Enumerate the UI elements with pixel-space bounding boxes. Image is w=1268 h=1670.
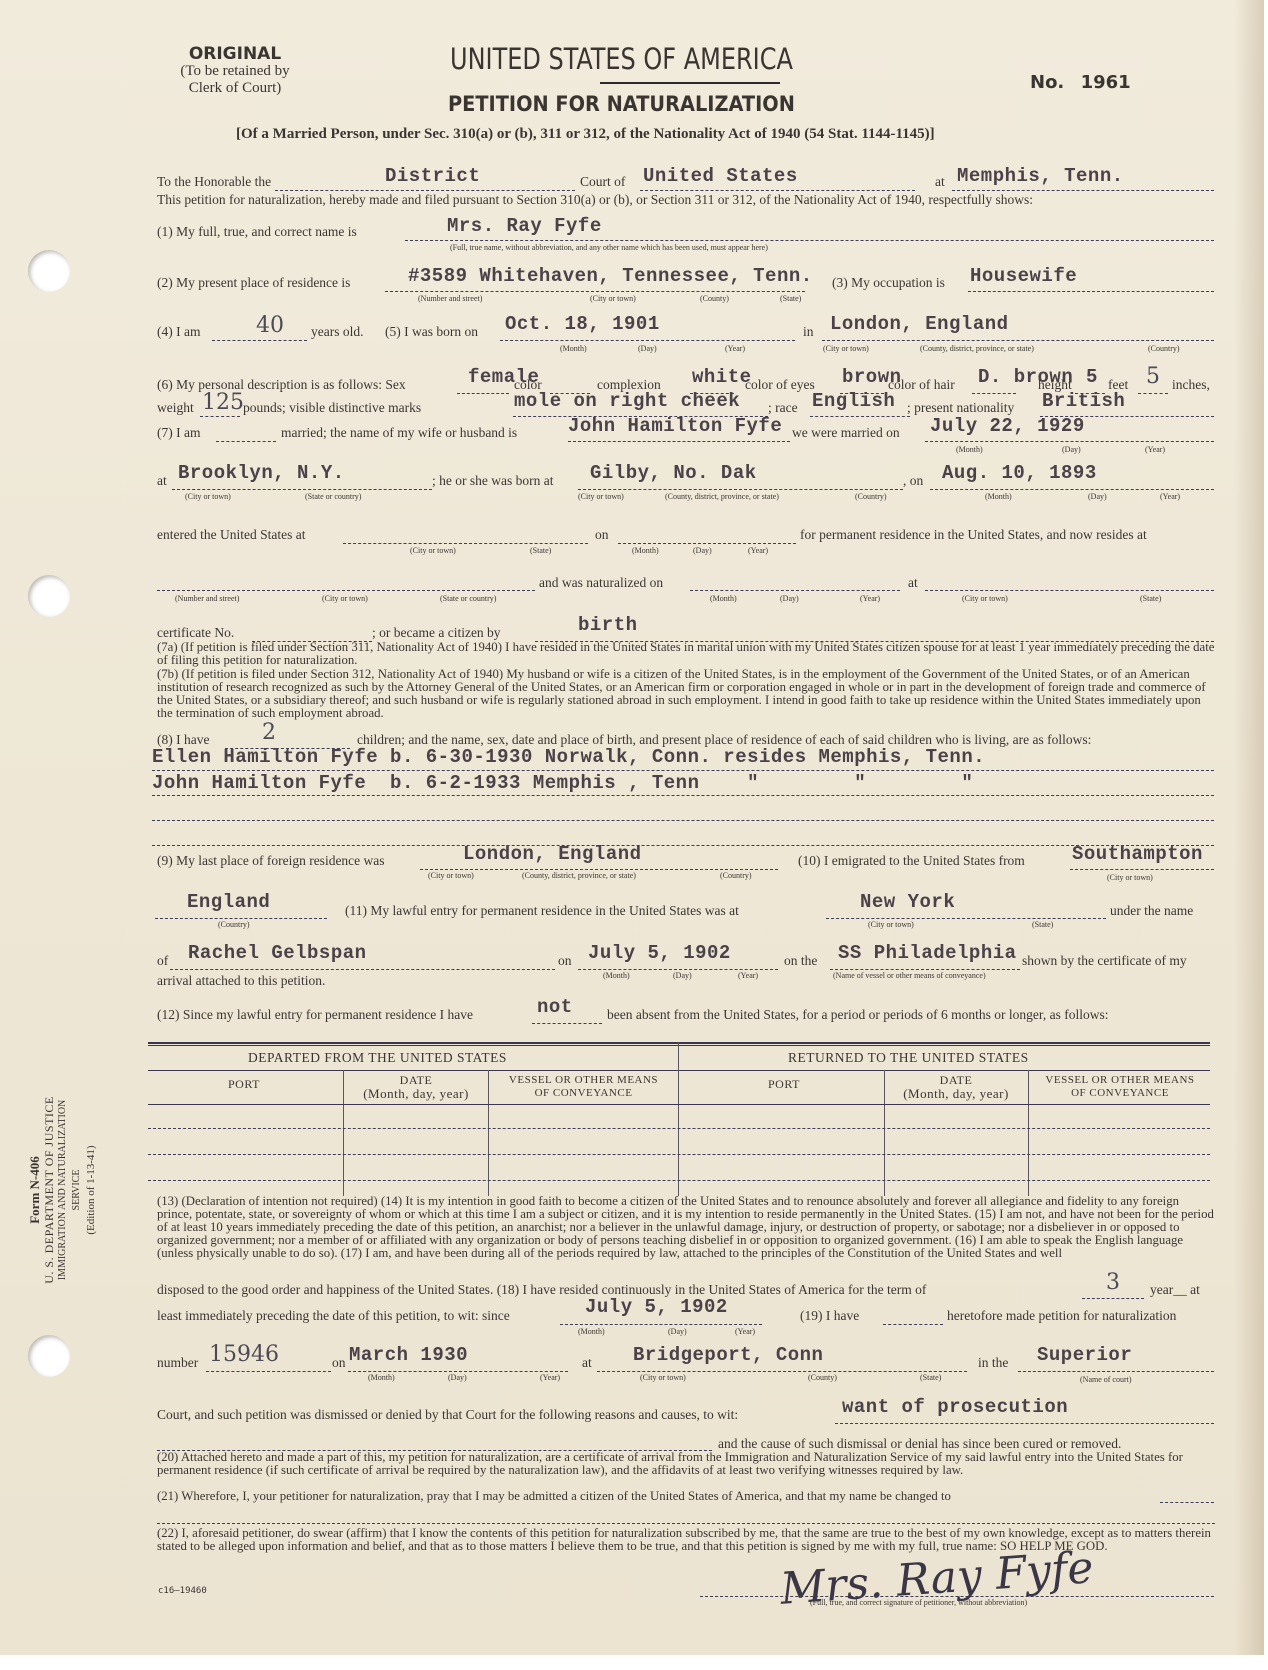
- departed-header: DEPARTED FROM THE UNITED STATES: [248, 1051, 507, 1064]
- absent-line: [532, 1023, 602, 1024]
- years-suffix: year__ at: [1150, 1282, 1200, 1298]
- header-rule: [148, 1070, 1210, 1071]
- weight-label: weight: [157, 400, 194, 416]
- court-of-line: [640, 190, 915, 191]
- caption-year: (Year): [1145, 445, 1165, 454]
- court-name-caption: (Name of court): [1080, 1375, 1132, 1384]
- original-stamp: ORIGINAL (To be retained by Clerk of Cou…: [150, 46, 320, 97]
- entry-place-line: [826, 918, 1106, 919]
- since-date-field[interactable]: July 5, 1902: [585, 1296, 728, 1318]
- previous-petition-place-field[interactable]: Bridgeport, Conn: [633, 1344, 823, 1366]
- birth-place-field[interactable]: London, England: [830, 313, 1009, 335]
- department-name: U. S. DEPARTMENT OF JUSTICE: [42, 1090, 56, 1290]
- caption-month: (Month): [632, 546, 659, 555]
- spouse-birthdate-line: [930, 489, 1214, 490]
- table-row[interactable]: [148, 1154, 1210, 1155]
- entry-on-label: on: [558, 953, 572, 969]
- signature-line: [700, 1596, 1214, 1597]
- item1-label: (1) My full, true, and correct name is: [157, 224, 357, 240]
- birth-place-line: [822, 340, 1214, 341]
- caption-county: (County): [808, 1373, 837, 1382]
- caption-city: (City or town): [322, 594, 368, 603]
- caption-year: (Year): [725, 344, 745, 353]
- previous-court-field[interactable]: Superior: [1037, 1344, 1132, 1366]
- child-entry[interactable]: John Hamilton Fyfe b. 6-2-1933 Memphis ,…: [152, 772, 973, 794]
- entry-city-field[interactable]: New York: [860, 891, 955, 913]
- permanent-residence-label: for permanent residence in the United St…: [800, 527, 1147, 543]
- form-title: PETITION FOR NATURALIZATION: [448, 92, 795, 116]
- col-vessel: VESSEL OR OTHER MEANS OF CONVEYANCE: [1030, 1074, 1210, 1100]
- col-port: PORT: [228, 1078, 260, 1091]
- dismissal-reason-line: [835, 1423, 1214, 1424]
- previous-petition-number-field[interactable]: 15946: [209, 1342, 279, 1367]
- col-date-bottom: (Month, day, year): [886, 1087, 1026, 1100]
- form-side-label: Form N-406 U. S. DEPARTMENT OF JUSTICE I…: [28, 1090, 118, 1290]
- hair-line: [972, 393, 1016, 394]
- caption-month: (Month): [985, 492, 1012, 501]
- vessel-caption: (Name of vessel or other means of convey…: [833, 971, 986, 980]
- caption-month: (Month): [710, 594, 737, 603]
- caption-year: (Year): [540, 1373, 560, 1382]
- col-vessel-bottom: OF CONVEYANCE: [1030, 1087, 1210, 1100]
- residence-years-line: [1082, 1298, 1144, 1299]
- caption-country: (Country): [1148, 344, 1180, 353]
- entry-name-field[interactable]: Rachel Gelbspan: [188, 942, 367, 964]
- occupation-line: [968, 291, 1214, 292]
- print-code: c16—19460: [158, 1586, 207, 1596]
- citizen-by-field[interactable]: birth: [578, 614, 638, 636]
- col-date-bottom: (Month, day, year): [346, 1087, 486, 1100]
- child-line-3: [152, 820, 1214, 821]
- complexion-field[interactable]: white: [692, 366, 752, 388]
- foreign-residence-field[interactable]: London, England: [463, 843, 642, 865]
- signature-caption: (Full, true, and correct signature of pe…: [810, 1598, 1027, 1607]
- birth-date-field[interactable]: Oct. 18, 1901: [505, 313, 660, 335]
- spouse-name-label: married; the name of my wife or husband …: [281, 425, 517, 441]
- caption-city: (City or town): [185, 492, 231, 501]
- col-port: PORT: [768, 1078, 800, 1091]
- punch-hole: [28, 250, 70, 292]
- age-line: [212, 340, 307, 341]
- birth-date-line: [500, 340, 795, 341]
- naturalized-at-label: at: [908, 575, 918, 591]
- name-change-line: [1160, 1502, 1214, 1503]
- residence-line: [385, 291, 805, 292]
- item20-text: (20) Attached hereto and made a part of …: [157, 1451, 1215, 1477]
- petition-number: No. 1961: [1030, 72, 1131, 93]
- on-the-label: on the: [784, 953, 817, 969]
- table-top-rule: [148, 1042, 1210, 1044]
- col-date: DATE (Month, day, year): [346, 1074, 486, 1100]
- spouse-born-label: ; he or she was born at: [432, 473, 553, 489]
- petition-date-line: [348, 1371, 568, 1372]
- petition-number-label: number: [157, 1355, 198, 1371]
- col-vessel-top: VESSEL OR OTHER MEANS: [491, 1074, 676, 1087]
- court-name-line: [1018, 1371, 1214, 1372]
- vessel-field[interactable]: SS Philadelphia: [838, 942, 1017, 964]
- previous-petition-text: heretofore made petition for naturalizat…: [947, 1308, 1176, 1324]
- marriage-place-field[interactable]: Brooklyn, N.Y.: [178, 462, 345, 484]
- returned-header: RETURNED TO THE UNITED STATES: [788, 1051, 1029, 1064]
- spouse-name-field[interactable]: John Hamilton Fyfe: [568, 415, 782, 437]
- country-title: UNITED STATES OF AMERICA: [450, 42, 793, 76]
- table-divider: [678, 1042, 679, 1196]
- spouse-name-line: [568, 441, 790, 442]
- full-name-field[interactable]: Mrs. Ray Fyfe: [447, 215, 602, 237]
- full-name-caption: (Full, true name, without abbreviation, …: [450, 243, 768, 252]
- foreign-residence-line: [420, 869, 778, 870]
- under-name-label: under the name: [1110, 903, 1193, 919]
- item18-text: disposed to the good order and happiness…: [157, 1282, 926, 1298]
- item11-label: (11) My lawful entry for permanent resid…: [345, 903, 739, 919]
- height-feet-field[interactable]: 5: [1086, 366, 1098, 388]
- entered-date-line: [618, 543, 796, 544]
- caption-state-country: (State or country): [440, 594, 496, 603]
- caption-state-country: (State or country): [305, 492, 361, 501]
- absence-description: been absent from the United States, for …: [607, 1007, 1108, 1023]
- item7b-text: (7b) (If petition is filed under Section…: [157, 668, 1215, 720]
- court-type-field[interactable]: District: [385, 165, 480, 187]
- form-number: Form N-406: [28, 1090, 42, 1290]
- entry-date-field[interactable]: July 5, 1902: [588, 942, 731, 964]
- inches-label: inches,: [1172, 377, 1210, 393]
- distinctive-marks-field[interactable]: mole on right cheek: [514, 390, 740, 412]
- marriage-place-line: [172, 489, 432, 490]
- previous-petition-date-field[interactable]: March 1930: [349, 1344, 468, 1366]
- caption-county: (County): [700, 294, 729, 303]
- years-old-label: years old.: [311, 324, 363, 340]
- height-inches-line: [1138, 393, 1168, 394]
- service-name: IMMIGRATION AND NATURALIZATION SERVICE: [56, 1090, 84, 1290]
- caption-month: (Month): [368, 1373, 395, 1382]
- court-location-line: [952, 190, 1214, 191]
- height-inches-field[interactable]: 5: [1146, 364, 1160, 389]
- spouse-birthplace-field[interactable]: Gilby, No. Dak: [590, 462, 757, 484]
- caption-month: (Month): [603, 971, 630, 980]
- caption-year: (Year): [738, 971, 758, 980]
- caption-state: (State): [780, 294, 801, 303]
- form-edition: (Edition of 1-13-41): [84, 1090, 98, 1290]
- age-field[interactable]: 40: [256, 313, 284, 338]
- sex-line: [457, 393, 509, 394]
- caption-city: (City or town): [578, 492, 624, 501]
- emigrated-country-line: [155, 918, 327, 919]
- court-of-label: Court of: [580, 174, 625, 190]
- caption-day: (Day): [638, 344, 657, 353]
- items-13-17-text: (13) (Declaration of intention not requi…: [157, 1195, 1215, 1260]
- caption-month: (Month): [956, 445, 983, 454]
- naturalized-place-line: [925, 590, 1214, 591]
- col-divider: [343, 1070, 344, 1196]
- spouse-birthdate-field[interactable]: Aug. 10, 1893: [942, 462, 1097, 484]
- number-value: 1961: [1081, 72, 1131, 93]
- petition-place-line: [597, 1371, 967, 1372]
- born-in-label: in: [803, 324, 814, 340]
- emigrated-from-line: [1070, 869, 1214, 870]
- caption-day: (Day): [1088, 492, 1107, 501]
- item21-text: (21) Wherefore, I, your petitioner for n…: [157, 1490, 1157, 1503]
- caption-state: (State): [920, 1373, 941, 1382]
- caption-year: (Year): [1160, 492, 1180, 501]
- marriage-date-field[interactable]: July 22, 1929: [930, 415, 1085, 437]
- entry-date-line: [578, 969, 778, 970]
- caption-city: (City or town): [428, 871, 474, 880]
- absent-field[interactable]: not: [537, 996, 573, 1018]
- col-vessel: VESSEL OR OTHER MEANS OF CONVEYANCE: [491, 1074, 676, 1100]
- child-line-1: [152, 770, 1214, 771]
- table-row[interactable]: [148, 1128, 1210, 1129]
- header-bottom-rule: [148, 1104, 1210, 1105]
- caption-city: (City or town): [868, 920, 914, 929]
- weight-line: [200, 416, 240, 417]
- hair-label: color of hair: [888, 377, 955, 393]
- entered-label: entered the United States at: [157, 527, 305, 543]
- original-label: ORIGINAL: [150, 46, 320, 63]
- item19-label: (19) I have: [800, 1308, 859, 1324]
- entered-place-line: [343, 543, 588, 544]
- race-label: ; race: [768, 400, 798, 416]
- caption-number-street: (Number and street): [175, 594, 239, 603]
- dismissed-label: Court, and such petition was dismissed o…: [157, 1407, 738, 1423]
- name-change-line-2: [157, 1523, 1215, 1524]
- naturalization-petition-document: ORIGINAL (To be retained by Clerk of Cou…: [0, 0, 1264, 1655]
- punch-hole: [28, 1335, 70, 1377]
- child-entry[interactable]: Ellen Hamilton Fyfe b. 6-30-1930 Norwalk…: [152, 746, 985, 768]
- caption-day: (Day): [673, 971, 692, 980]
- to-honorable-label: To the Honorable the: [157, 174, 271, 190]
- caption-day: (Day): [668, 1327, 687, 1336]
- caption-city: (City or town): [1107, 873, 1153, 882]
- col-date: DATE (Month, day, year): [886, 1074, 1026, 1100]
- spouse-birthplace-line: [578, 489, 903, 490]
- caption-day: (Day): [448, 1373, 467, 1382]
- emigrated-from-field[interactable]: Southampton: [1072, 843, 1203, 865]
- caption-month: (Month): [578, 1327, 605, 1336]
- married-at-label: at: [157, 473, 167, 489]
- petition-on-label: on: [332, 1355, 346, 1371]
- dismissal-reason-field[interactable]: want of prosecution: [842, 1396, 1068, 1418]
- court-location-field[interactable]: Memphis, Tenn.: [957, 165, 1124, 187]
- punch-hole: [28, 575, 70, 617]
- children-count-field[interactable]: 2: [262, 720, 276, 745]
- table-row[interactable]: [148, 1180, 1210, 1181]
- caption-county-district: (County, district, province, or state): [920, 344, 1034, 353]
- entry-name-line: [170, 969, 555, 970]
- child-line-2: [152, 795, 1214, 796]
- caption-county-district: (County, district, province, or state): [522, 871, 636, 880]
- occupation-label: (3) My occupation is: [832, 275, 945, 291]
- caption-number-street: (Number and street): [418, 294, 482, 303]
- col-divider: [884, 1070, 885, 1196]
- caption-city: (City or town): [640, 1373, 686, 1382]
- caption-state: (State): [530, 546, 551, 555]
- caption-day: (Day): [1062, 445, 1081, 454]
- col-divider: [488, 1070, 489, 1196]
- court-of-field[interactable]: United States: [643, 165, 798, 187]
- item7a-text: (7a) (If petition is filed under Section…: [157, 641, 1215, 667]
- emigrated-country-field[interactable]: England: [187, 891, 270, 913]
- caption-year: (Year): [748, 546, 768, 555]
- number-label: No.: [1030, 72, 1064, 93]
- nationality-field[interactable]: British: [1042, 390, 1125, 412]
- court-type-line: [275, 190, 575, 191]
- vessel-line: [830, 969, 1020, 970]
- naturalized-date-line: [690, 590, 900, 591]
- full-name-line: [405, 240, 1214, 241]
- caption-city: (City or town): [823, 344, 869, 353]
- court-at-label: at: [935, 174, 945, 190]
- caption-state: (State): [1032, 920, 1053, 929]
- intro-text: This petition for naturalization, hereby…: [157, 192, 1033, 208]
- in-the-label: in the: [978, 1355, 1008, 1371]
- caption-city: (City or town): [590, 294, 636, 303]
- item4-label: (4) I am: [157, 324, 200, 340]
- col-divider: [1028, 1070, 1029, 1196]
- col-vessel-bottom: OF CONVEYANCE: [491, 1087, 676, 1100]
- entered-on-label: on: [595, 527, 609, 543]
- emigrated-from-label: (10) I emigrated to the United States fr…: [798, 853, 1025, 869]
- naturalized-on-label: and was naturalized on: [539, 575, 663, 591]
- spouse-born-on-label: , on: [903, 473, 923, 489]
- arrival-label: arrival attached to this petition.: [157, 973, 325, 989]
- caption-day: (Day): [780, 594, 799, 603]
- child-line-4: [152, 845, 1214, 846]
- of-label: of: [157, 953, 168, 969]
- caption-year: (Year): [860, 594, 880, 603]
- retained-note-2: Clerk of Court): [150, 80, 320, 97]
- table-top-rule-2: [148, 1045, 1210, 1046]
- title-divider: [600, 82, 780, 84]
- caption-county-district: (County, district, province, or state): [665, 492, 779, 501]
- item12-label: (12) Since my lawful entry for permanent…: [157, 1007, 473, 1023]
- residence-years-field[interactable]: 3: [1106, 1270, 1120, 1295]
- item2-label: (2) My present place of residence is: [157, 275, 350, 291]
- certificate-label: certificate No.: [157, 625, 234, 641]
- item9-label: (9) My last place of foreign residence w…: [157, 853, 385, 869]
- caption-country: (Country): [720, 871, 752, 880]
- caption-day: (Day): [693, 546, 712, 555]
- caption-month: (Month): [560, 344, 587, 353]
- shown-by-label: shown by the certificate of my: [1022, 953, 1187, 969]
- since-label: least immediately preceding the date of …: [157, 1308, 510, 1324]
- caption-state: (State): [1140, 594, 1161, 603]
- pounds-label: pounds; visible distinctive marks: [243, 400, 421, 416]
- race-line: [810, 416, 910, 417]
- caption-year: (Year): [735, 1327, 755, 1336]
- retained-note-1: (To be retained by: [150, 63, 320, 80]
- caption-city: (City or town): [410, 546, 456, 555]
- citizen-by-label: ; or became a citizen by: [372, 625, 501, 641]
- married-status-line: [216, 441, 276, 442]
- absence-table: DEPARTED FROM THE UNITED STATES RETURNED…: [148, 1042, 1210, 1196]
- occupation-field[interactable]: Housewife: [970, 265, 1077, 287]
- form-subtitle: [Of a Married Person, under Sec. 310(a) …: [236, 126, 935, 143]
- previous-petition-line: [883, 1324, 943, 1325]
- married-on-label: we were married on: [792, 425, 900, 441]
- eyes-label: color of eyes: [745, 377, 815, 393]
- born-on-label: (5) I was born on: [385, 324, 478, 340]
- marriage-date-line: [925, 441, 1214, 442]
- residence-field[interactable]: #3589 Whitehaven, Tennessee, Tenn.: [408, 265, 813, 287]
- petition-number-line: [206, 1371, 331, 1372]
- caption-country: (Country): [218, 920, 250, 929]
- petition-at-label: at: [582, 1355, 592, 1371]
- nationality-label: ; present nationality: [907, 400, 1014, 416]
- caption-city: (City or town): [962, 594, 1008, 603]
- item7-label: (7) I am: [157, 425, 200, 441]
- race-field[interactable]: English: [812, 390, 895, 412]
- since-date-line: [560, 1324, 762, 1325]
- resides-line: [157, 590, 535, 591]
- item6-label: (6) My personal description is as follow…: [157, 377, 406, 393]
- col-vessel-top: VESSEL OR OTHER MEANS: [1030, 1074, 1210, 1087]
- weight-field[interactable]: 125: [202, 390, 244, 415]
- caption-country: (Country): [855, 492, 887, 501]
